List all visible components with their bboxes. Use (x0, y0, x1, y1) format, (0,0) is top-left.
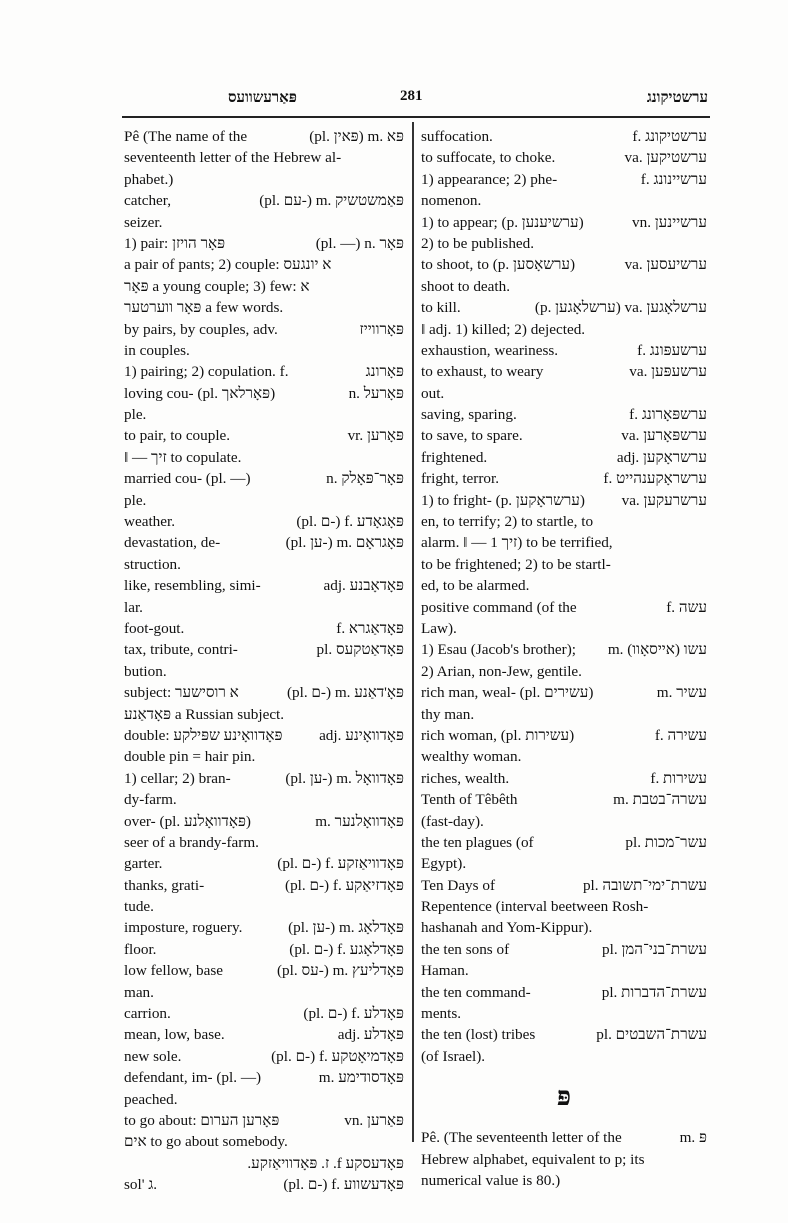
entry-line: tax, tribute, contri-pl. פּאָדאַטקעס (124, 639, 404, 660)
continuation-text: ed, to be alarmed. (421, 575, 707, 596)
entry-line: devastation, de-(pl. ען-) m. פּאָגראָם (124, 532, 404, 553)
yiddish-headword: pl. פּאָדאַטקעס (317, 639, 404, 660)
entry-line: Repentence (interval beetween Rosh- (421, 896, 707, 917)
dictionary-page: פּאַרעשוועס 281 ערשטיקונג Pê (The name o… (0, 0, 788, 1223)
entry-line: ed, to be alarmed. (421, 575, 707, 596)
yiddish-headword: pl. עשרת־השבטים (596, 1024, 707, 1045)
entry-line: over- (pl. פּאָדוואָלנע)m. פּאָדוואָלנער (124, 811, 404, 832)
english-gloss: 1) Esau (Jacob's brother); (421, 639, 576, 660)
english-gloss: mean, low, base. (124, 1024, 225, 1045)
entry-line: struction. (124, 554, 404, 575)
entry-line: Hebrew alphabet, equivalent to p; its (421, 1149, 707, 1170)
english-gloss: saving, sparing. (421, 404, 517, 425)
right-column: suffocation.f. ערשטיקונגto suffocate, to… (421, 126, 707, 1191)
yiddish-headword: (pl. ם-) f. פּאָדוויאַזקע (277, 853, 404, 874)
entry-line: floor.(pl. ם-) f. פּאָדלאָגע (124, 939, 404, 960)
entry-line: 1) pair: פּאָר הויזן(pl. —) n. פּאָר (124, 233, 404, 254)
entry-line: peached. (124, 1089, 404, 1110)
english-gloss: suffocation. (421, 126, 493, 147)
entry-line: 2) Arian, non-Jew, gentile. (421, 661, 707, 682)
entry-line: ‖ adj. 1) killed; 2) dejected. (421, 319, 707, 340)
yiddish-headword: (pl. ען-) m. פּאָדוואָל (285, 768, 404, 789)
continuation-text: thy man. (421, 704, 707, 725)
english-gloss: defendant, im- (pl. —) (124, 1067, 261, 1088)
continuation-text: פּאָדאַנע a Russian subject. (124, 704, 404, 725)
yiddish-headword: m. פּאָדסודימע (319, 1067, 404, 1088)
english-gloss: rich man, weal- (pl. עשירים) (421, 682, 593, 703)
yiddish-headword: f. ערשיינונג (641, 169, 707, 190)
entry-line: garter.(pl. ם-) f. פּאָדוויאַזקע (124, 853, 404, 874)
yiddish-headword: m. פּ (680, 1127, 707, 1148)
english-gloss: over- (pl. פּאָדוואָלנע) (124, 811, 251, 832)
entry-line: subject: א רוסישער(pl. ם-) m. פּאָ'דאַנע (124, 682, 404, 703)
continuation-text: bution. (124, 661, 404, 682)
english-gloss: double: פּאָדוואָינע שפּילקע (124, 725, 282, 746)
entry-line: Ten Days ofpl. עשרת־ימי־תשובה (421, 875, 707, 896)
entry-line: to go about: פּאָרען הערוםvn. פּאַרען (124, 1110, 404, 1131)
english-gloss: 1) to fright- (p. ערשראָקען) (421, 490, 585, 511)
entry-line: פּאָר ווערטער a few words. (124, 297, 404, 318)
yiddish-headword: pl. עשרת־בני־המן (602, 939, 707, 960)
entry-line: to be frightened; 2) to be startl- (421, 554, 707, 575)
entry-line: en, to terrify; 2) to startle, to (421, 511, 707, 532)
yiddish-headword: (pl. ען-) m. פּאָדלאָג (288, 917, 404, 938)
continuation-text: seventeenth letter of the Hebrew al- (124, 147, 404, 168)
entry-line: saving, sparing.f. ערשפּאָרונג (421, 404, 707, 425)
yiddish-headword: m. (אייסאָוו) עשו (608, 639, 707, 660)
entry-line: rich woman, (pl. עשירות)f. עשירה (421, 725, 707, 746)
entry-line: mean, low, base.adj. פּאָדלע (124, 1024, 404, 1045)
entry-line: nomenon. (421, 190, 707, 211)
english-gloss: garter. (124, 853, 162, 874)
entry-line: like, resembling, simi-adj. פּאָדאָבנע (124, 575, 404, 596)
continuation-text: פּאָר ווערטער a few words. (124, 297, 404, 318)
continuation-text: ‖ — זיך to copulate. (124, 447, 404, 468)
entry-line: פּאָר a young couple; 3) few: א (124, 276, 404, 297)
entry-line: married cou- (pl. —)n. פּאָר־פּאָלק (124, 468, 404, 489)
english-gloss: Pê. (The seventeenth letter of the (421, 1127, 622, 1148)
continuation-text: lar. (124, 597, 404, 618)
continuation-text: פּאָר a young couple; 3) few: א (124, 276, 404, 297)
entry-line: (of Israel). (421, 1046, 707, 1067)
section-letter-heading: פּ (421, 1067, 707, 1127)
entry-line: 2) to be published. (421, 233, 707, 254)
entry-line: thanks, grati-(pl. ם-) f. פּאָדזיאַקע (124, 875, 404, 896)
entry-line: positive command (of thef. עשה (421, 597, 707, 618)
entry-line: פּאָדאַנע a Russian subject. (124, 704, 404, 725)
english-gloss: foot-gout. (124, 618, 184, 639)
entry-line: ple. (124, 490, 404, 511)
english-gloss: loving cou- (pl. פּאָרלאך) (124, 383, 275, 404)
yiddish-headword: פּאָרונג (366, 361, 404, 382)
entry-line: riches, wealth.f. עשירות (421, 768, 707, 789)
entry-line: in couples. (124, 340, 404, 361)
yiddish-headword: f. עשירות (650, 768, 707, 789)
entry-line: hashanah and Yom-Kippur). (421, 917, 707, 938)
entry-line: 1) to fright- (p. ערשראָקען)va. ערשרעקען (421, 490, 707, 511)
entry-line: wealthy woman. (421, 746, 707, 767)
yiddish-headword: adj. ערשראָקען (617, 447, 707, 468)
entry-line: פּאָדעסקע f. ז. פּאָדוויאַזקע. (124, 1153, 404, 1174)
yiddish-headword: vn. ערשיינען (632, 212, 707, 233)
entry-line: ‖ — זיך to copulate. (124, 447, 404, 468)
yiddish-headword: (pl. עס-) m. פּאָדליעץ (277, 960, 404, 981)
english-gloss: to shoot, to (p. ערשאָסען) (421, 254, 575, 275)
english-gloss: the ten (lost) tribes (421, 1024, 535, 1045)
yiddish-headword: (pl. ם-) f. פּאָדעשווע (283, 1174, 404, 1195)
cross-reference-text: פּאָדעסקע f. ז. פּאָדוויאַזקע. (247, 1153, 404, 1174)
entry-line: the ten command-pl. עשרת־הדברות (421, 982, 707, 1003)
english-gloss: riches, wealth. (421, 768, 509, 789)
entry-line: carrion.(pl. ם-) f. פּאָדלע (124, 1003, 404, 1024)
entry-line: seizer. (124, 212, 404, 233)
continuation-text: peached. (124, 1089, 404, 1110)
yiddish-headword: (pl. ם-) m. פּאָ'דאַנע (287, 682, 404, 703)
entry-line: tude. (124, 896, 404, 917)
entry-line: bution. (124, 661, 404, 682)
entry-line: catcher,(pl. עם-) m. פּאַמשטשיק (124, 190, 404, 211)
yiddish-headword: va. ערשיעסען (625, 254, 707, 275)
yiddish-headword: (pl. עם-) m. פּאַמשטשיק (259, 190, 404, 211)
yiddish-headword: pl. עשר־מכות (625, 832, 707, 853)
entry-line: to kill.(p. ערשלאָגען) va. ערשלאָגען (421, 297, 707, 318)
continuation-text: tude. (124, 896, 404, 917)
entry-line: to save, to spare.va. ערשפּאָרען (421, 425, 707, 446)
yiddish-headword: va. ערשרעקען (622, 490, 707, 511)
entry-line: suffocation.f. ערשטיקונג (421, 126, 707, 147)
entry-line: the ten plagues (ofpl. עשר־מכות (421, 832, 707, 853)
entry-line: alarm. ‖ — זיך 1) to be terrified, (421, 532, 707, 553)
english-gloss: low fellow, base (124, 960, 223, 981)
yiddish-headword: (pl. —) n. פּאָר (316, 233, 404, 254)
entry-line: weather.(pl. ם-) f. פּאָגאָדע (124, 511, 404, 532)
entry-line: thy man. (421, 704, 707, 725)
continuation-text: a pair of pants; 2) couple: א יונגעס (124, 254, 404, 275)
yiddish-headword: f. ערשפּאָרונג (629, 404, 707, 425)
continuation-text: ments. (421, 1003, 707, 1024)
entry-line: by pairs, by couples, adv.פּאָרווייז (124, 319, 404, 340)
yiddish-headword: adj. פּאָדאָבנע (324, 575, 405, 596)
continuation-text: (fast-day). (421, 811, 707, 832)
entry-line: rich man, weal- (pl. עשירים)m. עשיר (421, 682, 707, 703)
entry-line: double pin = hair pin. (124, 746, 404, 767)
yiddish-headword: pl. עשרת־ימי־תשובה (583, 875, 707, 896)
entry-line: to exhaust, to wearyva. ערשעפּען (421, 361, 707, 382)
continuation-text: phabet.) (124, 169, 404, 190)
yiddish-headword: פּאָרווייז (359, 319, 404, 340)
english-gloss: to suffocate, to choke. (421, 147, 555, 168)
yiddish-headword: f. ערשעפּונג (637, 340, 707, 361)
yiddish-headword: (pl. ם-) f. פּאָדלע (303, 1003, 404, 1024)
entry-line: fright, terror.f. ערשראָקענהייט (421, 468, 707, 489)
running-header: פּאַרעשוועס 281 ערשטיקונג (128, 88, 708, 112)
english-gloss: to save, to spare. (421, 425, 523, 446)
yiddish-headword: adj. פּאָדוואָינע (319, 725, 404, 746)
entry-line: sol' ג.(pl. ם-) f. פּאָדעשווע (124, 1174, 404, 1195)
yiddish-headword: va. ערשטיקען (625, 147, 708, 168)
english-gloss: the ten plagues (of (421, 832, 534, 853)
english-gloss: married cou- (pl. —) (124, 468, 251, 489)
continuation-text: Egypt). (421, 853, 707, 874)
english-gloss: to pair, to couple. (124, 425, 230, 446)
entry-line: Haman. (421, 960, 707, 981)
english-gloss: Ten Days of (421, 875, 495, 896)
yiddish-headword: va. ערשעפּען (629, 361, 707, 382)
english-gloss: subject: א רוסישער (124, 682, 239, 703)
continuation-text: ple. (124, 490, 404, 511)
entry-line: Tenth of Têbêthm. עשרה־בטבת (421, 789, 707, 810)
english-gloss: to go about: פּאָרען הערום (124, 1110, 279, 1131)
continuation-text: shoot to death. (421, 276, 707, 297)
yiddish-headword: (pl. ען-) m. פּאָגראָם (286, 532, 404, 553)
entry-line: אים to go about somebody. (124, 1131, 404, 1152)
entry-line: 1) appearance; 2) phe-f. ערשיינונג (421, 169, 707, 190)
yiddish-headword: m. פּאָדוואָלנער (315, 811, 404, 832)
english-gloss: weather. (124, 511, 175, 532)
entry-line: seventeenth letter of the Hebrew al- (124, 147, 404, 168)
yiddish-headword: m. עשיר (657, 682, 707, 703)
english-gloss: 1) cellar; 2) bran- (124, 768, 231, 789)
yiddish-headword: (pl. ם-) f. פּאָדמיאָטקע (271, 1046, 404, 1067)
yiddish-headword: pl. עשרת־הדברות (602, 982, 707, 1003)
entry-line: phabet.) (124, 169, 404, 190)
entry-line: loving cou- (pl. פּאָרלאך)n. פּאָרעל (124, 383, 404, 404)
continuation-text: seer of a brandy-farm. (124, 832, 404, 853)
english-gloss: Tenth of Têbêth (421, 789, 518, 810)
continuation-text: dy-farm. (124, 789, 404, 810)
english-gloss: tax, tribute, contri- (124, 639, 238, 660)
yiddish-headword: (pl. פּאין) m. פּא (309, 126, 404, 147)
english-gloss: the ten sons of (421, 939, 509, 960)
header-rule (122, 116, 710, 118)
continuation-text: double pin = hair pin. (124, 746, 404, 767)
yiddish-headword: f. עשה (666, 597, 707, 618)
english-gloss: 1) appearance; 2) phe- (421, 169, 557, 190)
entry-line: the ten (lost) tribespl. עשרת־השבטים (421, 1024, 707, 1045)
left-column: Pê (The name of the(pl. פּאין) m. פּאsev… (124, 126, 404, 1196)
entry-line: imposture, roguery.(pl. ען-) m. פּאָדלאָ… (124, 917, 404, 938)
continuation-text: man. (124, 982, 404, 1003)
entry-line: a pair of pants; 2) couple: א יונגעס (124, 254, 404, 275)
english-gloss: 1) pairing; 2) copulation. f. (124, 361, 289, 382)
continuation-text: to be frightened; 2) to be startl- (421, 554, 707, 575)
yiddish-headword: f. ערשראָקענהייט (603, 468, 707, 489)
continuation-text: Haman. (421, 960, 707, 981)
english-gloss: fright, terror. (421, 468, 499, 489)
entry-line: new sole.(pl. ם-) f. פּאָדמיאָטקע (124, 1046, 404, 1067)
page-number: 281 (400, 88, 423, 105)
entry-line: ments. (421, 1003, 707, 1024)
english-gloss: 1) pair: פּאָר הויזן (124, 233, 225, 254)
continuation-text: Repentence (interval beetween Rosh- (421, 896, 707, 917)
entry-line: 1) Esau (Jacob's brother);m. (אייסאָוו) … (421, 639, 707, 660)
english-gloss: to exhaust, to weary (421, 361, 543, 382)
english-gloss: new sole. (124, 1046, 181, 1067)
continuation-text: hashanah and Yom-Kippur). (421, 917, 707, 938)
entry-line: defendant, im- (pl. —)m. פּאָדסודימע (124, 1067, 404, 1088)
header-right-guideword: ערשטיקונג (647, 88, 708, 107)
english-gloss: like, resembling, simi- (124, 575, 261, 596)
continuation-text: struction. (124, 554, 404, 575)
yiddish-headword: (p. ערשלאָגען) va. ערשלאָגען (535, 297, 707, 318)
continuation-text: ple. (124, 404, 404, 425)
yiddish-headword: adj. פּאָדלע (338, 1024, 404, 1045)
continuation-text: alarm. ‖ — זיך 1) to be terrified, (421, 532, 707, 553)
yiddish-headword: vn. פּאַרען (344, 1110, 404, 1131)
english-gloss: thanks, grati- (124, 875, 204, 896)
continuation-text: 2) to be published. (421, 233, 707, 254)
continuation-text: Hebrew alphabet, equivalent to p; its (421, 1149, 707, 1170)
english-gloss: the ten command- (421, 982, 531, 1003)
entry-line: to suffocate, to choke.va. ערשטיקען (421, 147, 707, 168)
entry-line: (fast-day). (421, 811, 707, 832)
entry-line: to shoot, to (p. ערשאָסען)va. ערשיעסען (421, 254, 707, 275)
english-gloss: positive command (of the (421, 597, 577, 618)
english-gloss: sol' ג. (124, 1174, 157, 1195)
english-gloss: floor. (124, 939, 156, 960)
column-divider (412, 122, 414, 1142)
continuation-text: ‖ adj. 1) killed; 2) dejected. (421, 319, 707, 340)
english-gloss: imposture, roguery. (124, 917, 242, 938)
entry-line: dy-farm. (124, 789, 404, 810)
english-gloss: carrion. (124, 1003, 171, 1024)
yiddish-headword: n. פּאָרעל (349, 383, 404, 404)
entry-line: out. (421, 383, 707, 404)
entry-line: frightened.adj. ערשראָקען (421, 447, 707, 468)
continuation-text: out. (421, 383, 707, 404)
continuation-text: 2) Arian, non-Jew, gentile. (421, 661, 707, 682)
header-left-guideword: פּאַרעשוועס (228, 88, 297, 107)
continuation-text: Law). (421, 618, 707, 639)
continuation-text: numerical value is 80.) (421, 1170, 707, 1191)
continuation-text: (of Israel). (421, 1046, 707, 1067)
yiddish-headword: (pl. ם-) f. פּאָדזיאַקע (285, 875, 404, 896)
english-gloss: catcher, (124, 190, 171, 211)
entry-line: exhaustion, weariness.f. ערשעפּונג (421, 340, 707, 361)
yiddish-headword: (pl. ם-) f. פּאָגאָדע (296, 511, 404, 532)
entry-line: 1) to appear; (p. ערשיענען)vn. ערשיינען (421, 212, 707, 233)
entry-line: foot-gout.f. פּאָדאַגרא (124, 618, 404, 639)
yiddish-headword: f. עשירה (655, 725, 707, 746)
yiddish-headword: f. ערשטיקונג (632, 126, 707, 147)
entry-line: man. (124, 982, 404, 1003)
english-gloss: frightened. (421, 447, 487, 468)
english-gloss: rich woman, (pl. עשירות) (421, 725, 574, 746)
entry-line: seer of a brandy-farm. (124, 832, 404, 853)
english-gloss: 1) to appear; (p. ערשיענען) (421, 212, 584, 233)
english-gloss: by pairs, by couples, adv. (124, 319, 278, 340)
entry-line: Egypt). (421, 853, 707, 874)
continuation-text: en, to terrify; 2) to startle, to (421, 511, 707, 532)
yiddish-headword: vr. פּאָרען (348, 425, 404, 446)
english-gloss: exhaustion, weariness. (421, 340, 558, 361)
entry-line: 1) cellar; 2) bran-(pl. ען-) m. פּאָדווא… (124, 768, 404, 789)
english-gloss: Pê (The name of the (124, 126, 247, 147)
entry-line: Law). (421, 618, 707, 639)
continuation-text: nomenon. (421, 190, 707, 211)
continuation-text: wealthy woman. (421, 746, 707, 767)
continuation-text: אים to go about somebody. (124, 1131, 404, 1152)
entry-line: ple. (124, 404, 404, 425)
continuation-text: seizer. (124, 212, 404, 233)
yiddish-headword: n. פּאָר־פּאָלק (326, 468, 404, 489)
entry-line: low fellow, base(pl. עס-) m. פּאָדליעץ (124, 960, 404, 981)
entry-line: shoot to death. (421, 276, 707, 297)
english-gloss: to kill. (421, 297, 461, 318)
entry-line: 1) pairing; 2) copulation. f.פּאָרונג (124, 361, 404, 382)
entry-line: double: פּאָדוואָינע שפּילקעadj. פּאָדוו… (124, 725, 404, 746)
continuation-text: in couples. (124, 340, 404, 361)
entry-line: lar. (124, 597, 404, 618)
entry-line: numerical value is 80.) (421, 1170, 707, 1191)
yiddish-headword: f. פּאָדאַגרא (336, 618, 404, 639)
yiddish-headword: m. עשרה־בטבת (613, 789, 707, 810)
entry-line: Pê. (The seventeenth letter of them. פּ (421, 1127, 707, 1148)
entry-line: to pair, to couple.vr. פּאָרען (124, 425, 404, 446)
entry-line: the ten sons ofpl. עשרת־בני־המן (421, 939, 707, 960)
yiddish-headword: va. ערשפּאָרען (621, 425, 707, 446)
entry-line: Pê (The name of the(pl. פּאין) m. פּא (124, 126, 404, 147)
yiddish-headword: (pl. ם-) f. פּאָדלאָגע (289, 939, 404, 960)
english-gloss: devastation, de- (124, 532, 220, 553)
